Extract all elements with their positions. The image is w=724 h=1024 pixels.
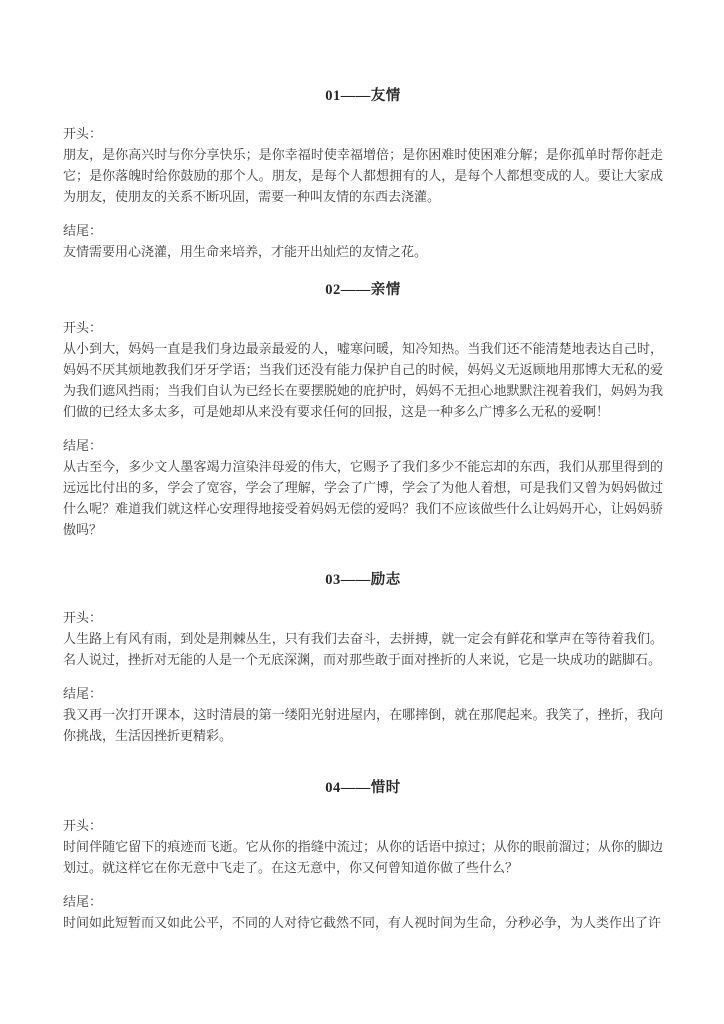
section-title: 02——亲情: [63, 280, 663, 301]
section-title: 03——励志: [63, 570, 663, 591]
ending-label: 结尾：: [63, 891, 663, 912]
ending-paragraph: 从古至今，多少文人墨客竭力渲染沣母爱的伟大，它赐予了我们多少不能忘却的东西，我们…: [63, 456, 663, 540]
opening-paragraph: 从小到大，妈妈一直是我们身边最亲最爱的人，嘘寒问暖，知冷知热。当我们还不能清楚地…: [63, 338, 663, 422]
opening-label: 开头：: [63, 123, 663, 144]
section-friendship: 01——友情 开头： 朋友，是你高兴时与你分享快乐；是你幸福时使幸福增倍；是你困…: [63, 86, 663, 262]
section-inspiration: 03——励志 开头： 人生路上有风有雨，到处是荆棘丛生，只有我们去奋斗，去拼搏，…: [63, 570, 663, 746]
opening-paragraph: 朋友，是你高兴时与你分享快乐；是你幸福时使幸福增倍；是你困难时使困难分解；是你孤…: [63, 144, 663, 207]
opening-paragraph: 时间伴随它留下的痕迹而飞逝。它从你的指缝中流过；从你的话语中掠过；从你的眼前溜过…: [63, 836, 663, 878]
opening-label: 开头：: [63, 607, 663, 628]
section-title: 04——惜时: [63, 778, 663, 799]
ending-label: 结尾：: [63, 435, 663, 456]
section-cherish-time: 04——惜时 开头： 时间伴随它留下的痕迹而飞逝。它从你的指缝中流过；从你的话语…: [63, 778, 663, 933]
document-page: 01——友情 开头： 朋友，是你高兴时与你分享快乐；是你幸福时使幸福增倍；是你困…: [0, 0, 724, 1024]
opening-label: 开头：: [63, 815, 663, 836]
ending-label: 结尾：: [63, 220, 663, 241]
section-family-love: 02——亲情 开头： 从小到大，妈妈一直是我们身边最亲最爱的人，嘘寒问暖，知冷知…: [63, 280, 663, 540]
ending-paragraph: 友情需要用心浇灌，用生命来培养，才能开出灿烂的友情之花。: [63, 241, 663, 262]
opening-paragraph: 人生路上有风有雨，到处是荆棘丛生，只有我们去奋斗，去拼搏，就一定会有鲜花和掌声在…: [63, 628, 663, 670]
ending-label: 结尾：: [63, 683, 663, 704]
opening-label: 开头：: [63, 317, 663, 338]
section-title: 01——友情: [63, 86, 663, 107]
ending-paragraph: 时间如此短暂而又如此公平，不同的人对待它截然不同，有人视时间为生命，分秒必争，为…: [63, 912, 663, 933]
ending-paragraph: 我又再一次打开课本，这时清晨的第一缕阳光射进屋内，在哪摔倒，就在那爬起来。我笑了…: [63, 704, 663, 746]
